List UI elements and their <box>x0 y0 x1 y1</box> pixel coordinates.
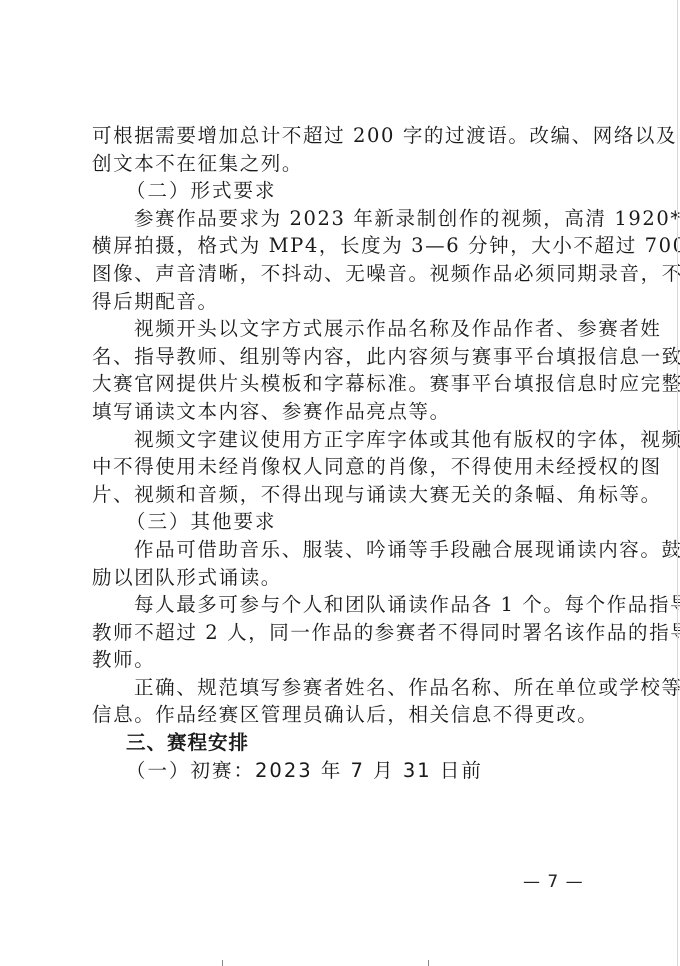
page-edge-divider <box>677 0 678 966</box>
text-line: 可根据需要增加总计不超过 200 字的过渡语。改编、网络以及自 <box>92 122 598 150</box>
text-line: 图像、声音清晰，不抖动、无噪音。视频作品必须同期录音，不 <box>92 260 598 288</box>
section-subheading-format: （二）形式要求 <box>92 177 598 205</box>
text-line: 片、视频和音频，不得出现与诵读大赛无关的条幅、角标等。 <box>92 481 598 509</box>
text-line: 中不得使用未经肖像权人同意的肖像，不得使用未经授权的图 <box>92 453 598 481</box>
text-line: 大赛官网提供片头模板和字幕标准。赛事平台填报信息时应完整 <box>92 370 598 398</box>
text-line: 得后期配音。 <box>92 288 598 316</box>
text-line: 励以团队形式诵读。 <box>92 564 598 592</box>
text-line: 创文本不在征集之列。 <box>92 150 598 178</box>
scan-mark <box>428 960 429 966</box>
text-line: 信息。作品经赛区管理员确认后，相关信息不得更改。 <box>92 701 598 729</box>
text-line: 填写诵读文本内容、参赛作品亮点等。 <box>92 398 598 426</box>
paragraph-start: 每人最多可参与个人和团队诵读作品各 1 个。每个作品指导 <box>92 591 598 619</box>
page-content: 可根据需要增加总计不超过 200 字的过渡语。改编、网络以及自 创文本不在征集之… <box>92 122 598 784</box>
paragraph-start: 参赛作品要求为 2023 年新录制创作的视频，高清 1920*1080 <box>92 205 598 233</box>
section-heading-schedule: 三、赛程安排 <box>92 729 598 757</box>
scan-mark <box>222 960 223 966</box>
text-line: 名、指导教师、组别等内容，此内容须与赛事平台填报信息一致。 <box>92 343 598 371</box>
text-line: 教师。 <box>92 646 598 674</box>
page-number: — 7 — <box>523 872 584 892</box>
document-page: 可根据需要增加总计不超过 200 字的过渡语。改编、网络以及自 创文本不在征集之… <box>0 0 680 966</box>
paragraph-start: 正确、规范填写参赛者姓名、作品名称、所在单位或学校等 <box>92 674 598 702</box>
text-line: 横屏拍摄，格式为 MP4，长度为 3—6 分钟，大小不超过 700MB， <box>92 232 598 260</box>
paragraph-start: 视频开头以文字方式展示作品名称及作品作者、参赛者姓 <box>92 315 598 343</box>
paragraph-start: 作品可借助音乐、服装、吟诵等手段融合展现诵读内容。鼓 <box>92 536 598 564</box>
section-subheading-preliminary: （一）初赛：2023 年 7 月 31 日前 <box>92 757 598 785</box>
section-subheading-other: （三）其他要求 <box>92 508 598 536</box>
text-line: 教师不超过 2 人，同一作品的参赛者不得同时署名该作品的指导 <box>92 619 598 647</box>
paragraph-start: 视频文字建议使用方正字库字体或其他有版权的字体，视频 <box>92 426 598 454</box>
